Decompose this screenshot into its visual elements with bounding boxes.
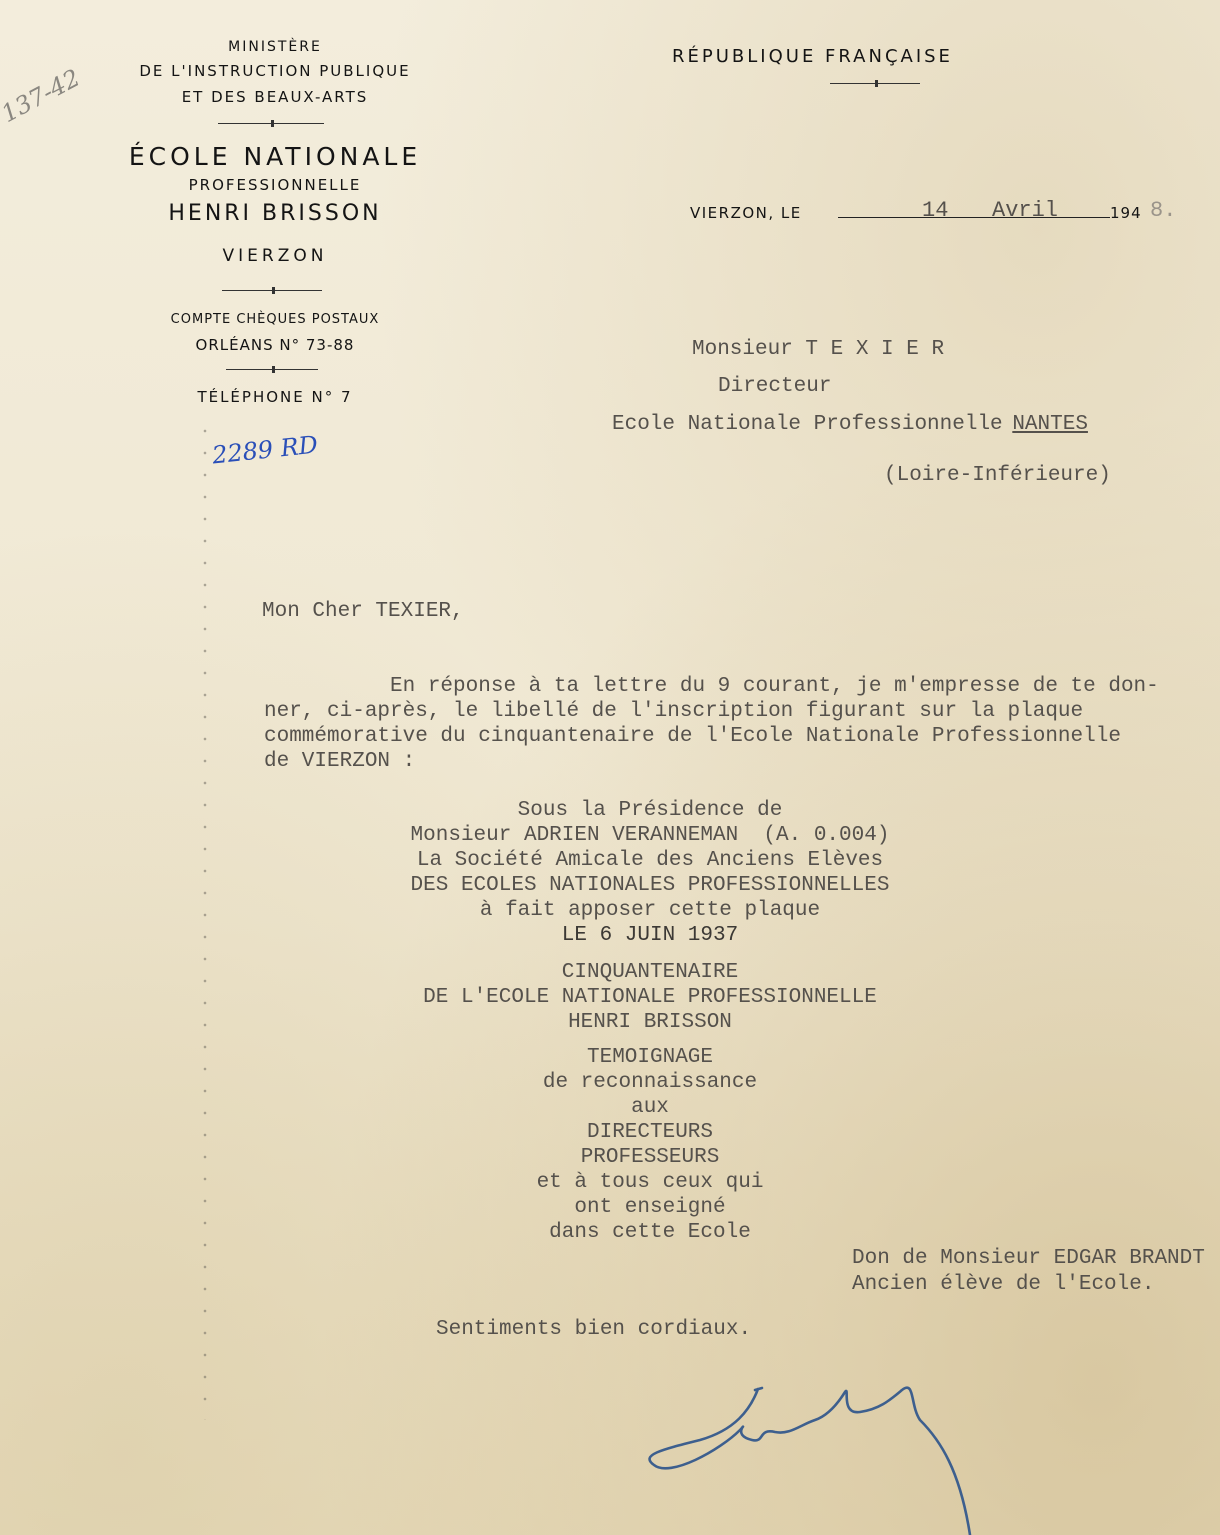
date-line: VIERZON, LE 14 Avril 194 8.: [690, 200, 1190, 226]
closing: Sentiments bien cordiaux.: [436, 1318, 751, 1341]
inscription-line: La Société Amicale des Anciens Elèves: [360, 848, 940, 873]
inscription-line: TEMOIGNAGE: [360, 1045, 940, 1070]
body-line-1: En réponse à ta lettre du 9 courant, je …: [264, 674, 1159, 699]
donor-line-2: Ancien élève de l'Ecole.: [852, 1272, 1205, 1298]
punch-margin-marks: [198, 420, 212, 1420]
body-line-3: commémorative du cinquantenaire de l'Eco…: [264, 724, 1159, 749]
inscription-line: à fait apposer cette plaque: [360, 898, 940, 923]
ornamental-rule: [830, 83, 920, 84]
republic-header: RÉPUBLIQUE FRANÇAISE: [672, 46, 953, 67]
date-month: Avril: [992, 198, 1058, 223]
recipient-region: (Loire-Inférieure): [884, 464, 1111, 487]
inscription-line: DIRECTEURS: [360, 1120, 940, 1145]
recipient-name: Monsieur T E X I E R: [692, 338, 944, 361]
school-line-1: ÉCOLE NATIONALE: [60, 140, 490, 174]
recipient-institution-line: Ecole Nationale Professionnelle NANTES: [612, 413, 1088, 436]
signature-icon: [640, 1380, 1000, 1535]
donor-note: Don de Monsieur EDGAR BRANDT Ancien élèv…: [852, 1246, 1205, 1298]
inscription-line: CINQUANTENAIRE: [360, 960, 940, 985]
donor-line-1: Don de Monsieur EDGAR BRANDT: [852, 1246, 1205, 1272]
inscription-line: aux: [360, 1095, 940, 1120]
body-line-4: de VIERZON :: [264, 749, 1159, 774]
date-year-typed: 8.: [1150, 198, 1176, 223]
inscription-line: ont enseigné: [360, 1195, 940, 1220]
ornamental-rule: [218, 123, 324, 124]
ministry-line-2: DE L'INSTRUCTION PUBLIQUE: [60, 58, 490, 84]
date-year-printed: 194: [1110, 204, 1142, 222]
recipient-title: Directeur: [718, 375, 831, 398]
recipient-institution: Ecole Nationale Professionnelle: [612, 413, 1003, 436]
date-underline: [838, 217, 1110, 218]
inscription-line: DE L'ECOLE NATIONALE PROFESSIONNELLE: [360, 985, 940, 1010]
telephone: TÉLÉPHONE N° 7: [60, 388, 490, 406]
postal-account: COMPTE CHÈQUES POSTAUX ORLÉANS N° 73-88: [60, 308, 490, 358]
body-line-2: ner, ci-après, le libellé de l'inscripti…: [264, 699, 1159, 724]
school-line-2: PROFESSIONNELLE: [60, 174, 490, 196]
blue-ink-reference-annotation: 2289 RD: [211, 431, 319, 470]
letterhead: MINISTÈRE DE L'INSTRUCTION PUBLIQUE ET D…: [60, 36, 490, 110]
date-prefix: VIERZON, LE: [690, 204, 802, 222]
ministry-line-1: MINISTÈRE: [60, 36, 490, 58]
postal-account-line-1: COMPTE CHÈQUES POSTAUX: [60, 308, 490, 332]
inscription-line: HENRI BRISSON: [360, 1010, 940, 1035]
inscription-line: DES ECOLES NATIONALES PROFESSIONNELLES: [360, 873, 940, 898]
inscription-line: Monsieur ADRIEN VERANNEMAN (A. 0.004): [360, 823, 940, 848]
body-paragraph: En réponse à ta lettre du 9 courant, je …: [264, 674, 1159, 774]
school-city: VIERZON: [60, 236, 490, 276]
inscription-line: de reconnaissance: [360, 1070, 940, 1095]
ornamental-rule: [222, 290, 322, 291]
inscription-line: dans cette Ecole: [360, 1220, 940, 1245]
ministry-line-3: ET DES BEAUX-ARTS: [60, 84, 490, 110]
ornamental-rule: [226, 369, 318, 370]
salutation: Mon Cher TEXIER,: [262, 600, 464, 623]
inscription-line: Sous la Présidence de: [360, 798, 940, 823]
inscription-line: PROFESSEURS: [360, 1145, 940, 1170]
postal-account-line-2: ORLÉANS N° 73-88: [60, 332, 490, 358]
date-day: 14: [922, 198, 948, 223]
inscription-line: LE 6 JUIN 1937: [360, 923, 940, 948]
school-name-block: ÉCOLE NATIONALE PROFESSIONNELLE HENRI BR…: [60, 140, 490, 276]
school-line-3: HENRI BRISSON: [60, 196, 490, 232]
recipient-city: NANTES: [1012, 413, 1088, 436]
inscription-line: et à tous ceux qui: [360, 1170, 940, 1195]
plaque-inscription: Sous la Présidence de Monsieur ADRIEN VE…: [360, 798, 940, 1245]
